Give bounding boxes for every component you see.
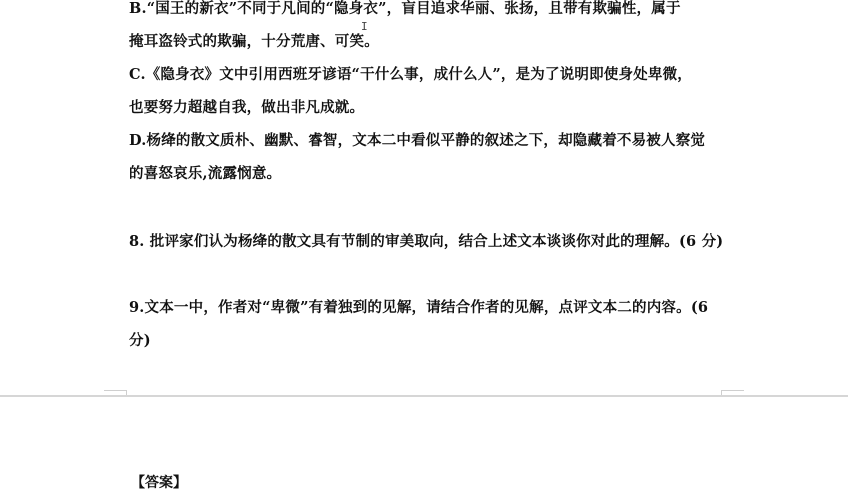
question-9-line-1: 9.文本一中，作者对“卑微”有着独到的见解，请结合作者的见解，点评文本二的内容。… <box>129 291 729 324</box>
option-d-line-2: 的喜怒哀乐,流露悯意。 <box>129 157 729 190</box>
option-b: B.“国王的新衣”不同于凡间的“隐身衣”，盲目追求华丽、张扬，且带有欺骗性，属于… <box>129 0 729 58</box>
text-cursor-icon: I <box>361 21 368 32</box>
question-8-line-1: 8. 批评家们认为杨绛的散文具有节制的审美取向，结合上述文本谈谈你对此的理解。(… <box>129 225 729 258</box>
document-page: B.“国王的新衣”不同于凡间的“隐身衣”，盲目追求华丽、张扬，且带有欺骗性，属于… <box>0 0 848 395</box>
answer-heading: 【答案】 <box>131 474 187 491</box>
option-c-line-2: 也要努力超越自我，做出非凡成就。 <box>129 91 729 124</box>
question-9: 9.文本一中，作者对“卑微”有着独到的见解，请结合作者的见解，点评文本二的内容。… <box>129 291 729 357</box>
option-b-line-2: 掩耳盗铃式的欺骗，十分荒唐、可笑。 <box>129 25 729 58</box>
option-c-line-1: C.《隐身衣》文中引用西班牙谚语“干什么事，成什么人”，是为了说明即使身处卑微， <box>129 58 729 91</box>
document-page-2 <box>0 397 848 491</box>
option-b-line-1: B.“国王的新衣”不同于凡间的“隐身衣”，盲目追求华丽、张扬，且带有欺骗性，属于 <box>129 0 729 25</box>
question-8: 8. 批评家们认为杨绛的散文具有节制的审美取向，结合上述文本谈谈你对此的理解。(… <box>129 225 729 258</box>
option-d: D.杨绛的散文质朴、幽默、睿智，文本二中看似平静的叙述之下，却隐藏着不易被人察觉… <box>129 124 729 190</box>
option-d-line-1: D.杨绛的散文质朴、幽默、睿智，文本二中看似平静的叙述之下，却隐藏着不易被人察觉 <box>129 124 729 157</box>
question-9-line-2: 分) <box>129 324 729 357</box>
option-c: C.《隐身衣》文中引用西班牙谚语“干什么事，成什么人”，是为了说明即使身处卑微，… <box>129 58 729 124</box>
